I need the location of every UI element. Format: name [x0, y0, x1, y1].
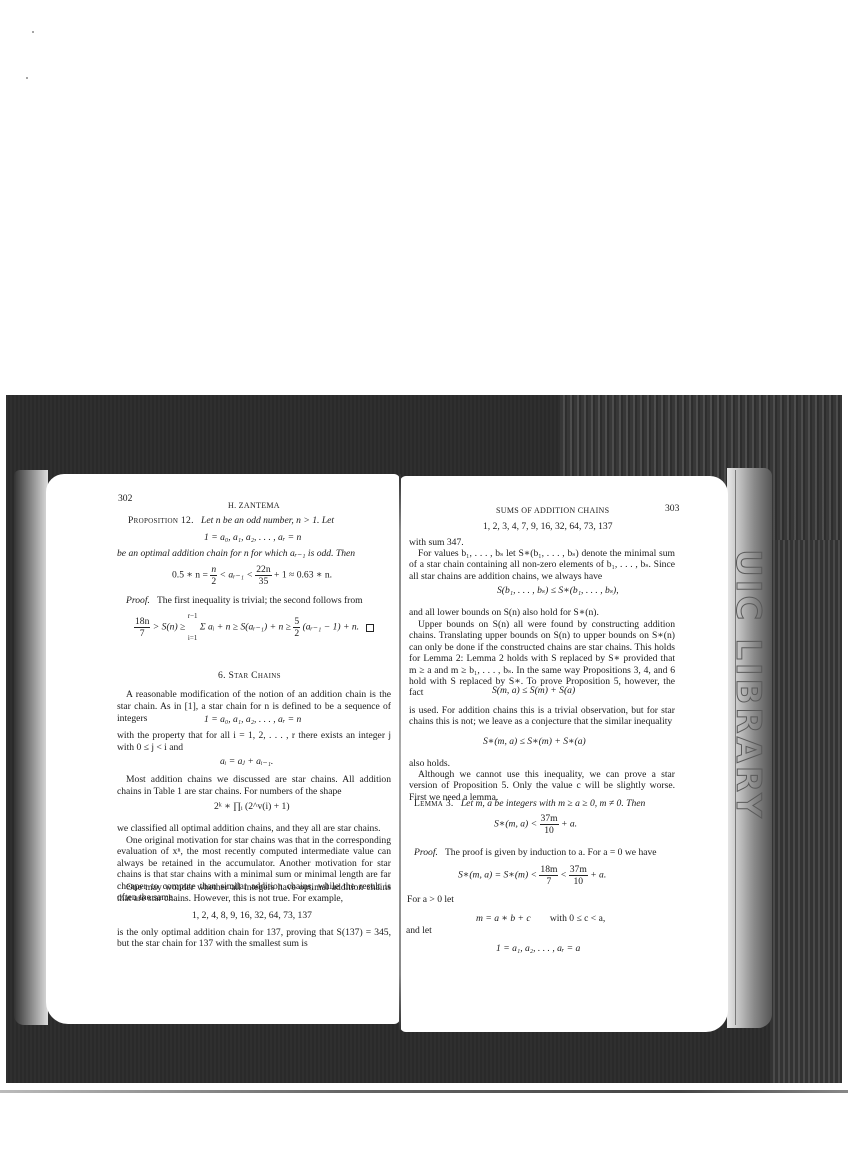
eq-part: + a.: [590, 870, 606, 881]
book-gutter: [399, 474, 401, 1030]
proposition-continuation: be an optimal addition chain for n for w…: [117, 548, 355, 560]
eq-part: 0.5 ∗ n =: [172, 570, 208, 581]
sum-limits: r−1·i=1: [188, 611, 198, 644]
paragraph: with the property that for all i = 1, 2,…: [117, 730, 391, 754]
lemma-label: Lemma 3.: [414, 798, 454, 809]
running-head: SUMS OF ADDITION CHAINS: [496, 505, 609, 517]
equation-chain: 1 = a₀, a₁, a₂, . . . , aᵣ = n: [204, 532, 301, 544]
inequality: S∗(m, a) ≤ S∗(m) + S∗(a): [483, 736, 586, 748]
book-edge-ridges: [770, 540, 842, 1083]
lemma-statement: Let m, a be integers with m ≥ a ≥ 0, m ≠…: [461, 798, 645, 809]
fraction: 18m7: [539, 864, 558, 887]
equation-chain: 1 = a₁, a₂, . . . , aᵣ = a: [496, 943, 580, 955]
left-page-edges: [14, 470, 48, 1025]
frac-den: 7: [539, 876, 558, 887]
paragraph: One may wonder whether all integers have…: [117, 882, 391, 905]
running-head: H. ZANTEMA: [228, 500, 280, 512]
paragraph: For values b₁, . . . , bₛ let S∗(b₁, . .…: [409, 548, 675, 582]
lemma-equation: S∗(m, a) < 37m10 + a.: [494, 813, 577, 836]
paragraph: we classified all optimal addition chain…: [117, 823, 380, 835]
paragraph: For a > 0 let: [407, 894, 454, 906]
qed-symbol: [366, 624, 374, 632]
equation-star: aᵢ = aⱼ + aᵢ₋₁.: [220, 756, 273, 768]
inequality: S(m, a) ≤ S(m) + S(a): [492, 685, 575, 697]
eq-part: m = a ∗ b + c: [476, 913, 531, 924]
equation-chain: 1 = a₀, a₁, a₂, . . . , aᵣ = n: [204, 714, 301, 726]
proposition-12: Proposition 12. Let n be an odd number, …: [128, 515, 334, 527]
frac-den: 2: [293, 628, 300, 639]
paragraph: Most addition chains we discussed are st…: [117, 774, 391, 798]
proof-label: Proof.: [126, 595, 150, 606]
scan-speck: [32, 31, 34, 33]
eq-part: (aᵣ₋₁ − 1) + n.: [303, 622, 359, 633]
page-number: 302: [118, 493, 132, 505]
proof-text: The first inequality is trivial; the sec…: [157, 595, 363, 606]
proof-label: Proof.: [414, 847, 438, 858]
proof-text: The proof is given by induction to a. Fo…: [445, 847, 657, 858]
fraction: 37m10: [569, 864, 588, 887]
eq-part: + 1 ≈ 0.63 ∗ n.: [274, 570, 332, 581]
proof-line: Proof. The first inequality is trivial; …: [126, 595, 363, 607]
eq-part: Σ aᵢ + n ≥ S(aᵣ₋₁) + n ≥: [200, 622, 291, 633]
equation-m: m = a ∗ b + c with 0 ≤ c < a,: [476, 913, 605, 925]
eq-part: < aᵣ₋₁ <: [220, 570, 253, 581]
proof-equation: 18n7 > S(n) ≥ r−1·i=1 Σ aᵢ + n ≥ S(aᵣ₋₁)…: [134, 611, 374, 644]
scanner-edge: [0, 1090, 848, 1093]
frac-num: 5: [293, 616, 300, 628]
lemma-3: Lemma 3. Let m, a be integers with m ≥ a…: [414, 798, 645, 810]
equation-bounds: 0.5 ∗ n = n2 < aᵣ₋₁ < 22n35 + 1 ≈ 0.63 ∗…: [172, 564, 332, 587]
proposition-label: Proposition 12.: [128, 515, 194, 526]
sum-bottom: i=1: [188, 633, 198, 644]
paragraph: and let: [406, 925, 432, 937]
frac-den: 2: [210, 576, 217, 587]
eq-part: + a.: [561, 819, 577, 830]
frac-den: 35: [255, 576, 271, 587]
proposition-statement: Let n be an odd number, n > 1. Let: [201, 515, 334, 526]
frac-den: 10: [569, 876, 588, 887]
scan-speck: [26, 77, 28, 79]
fraction: 18n7: [134, 616, 150, 639]
eq-part: S∗(m, a) = S∗(m) <: [458, 870, 537, 881]
frac-num: n: [210, 564, 217, 576]
section-title: 6. Star Chains: [218, 670, 281, 682]
paragraph: and all lower bounds on S(n) also hold f…: [409, 607, 599, 619]
example-chain: 1, 2, 4, 8, 9, 16, 32, 64, 73, 137: [192, 910, 312, 922]
library-stamp: UIC LIBRARY: [728, 535, 768, 835]
paragraph: is the only optimal addition chain for 1…: [117, 927, 391, 950]
proof-equation: S∗(m, a) = S∗(m) < 18m7 < 37m10 + a.: [458, 864, 606, 887]
frac-num: 18m: [539, 864, 558, 876]
paragraph: is used. For addition chains this is a t…: [409, 705, 675, 728]
frac-den: 10: [540, 825, 559, 836]
fraction: 52: [293, 616, 300, 639]
inequality: S(b₁, . . . , bₛ) ≤ S∗(b₁, . . . , bₛ),: [497, 585, 619, 597]
fraction: n2: [210, 564, 217, 587]
eq-part: <: [561, 870, 566, 881]
frac-num: 37m: [540, 813, 559, 825]
shape-formula: 2ᵏ ∗ ∏ᵢ (2^v(i) + 1): [214, 801, 290, 813]
frac-num: 22n: [255, 564, 271, 576]
page-number: 303: [665, 503, 679, 515]
fraction: 37m10: [540, 813, 559, 836]
frac-num: 18n: [134, 616, 150, 628]
eq-part: > S(n) ≥: [153, 622, 186, 633]
eq-condition: with 0 ≤ c < a,: [550, 913, 605, 924]
eq-part: S∗(m, a) <: [494, 819, 537, 830]
library-stamp-text: UIC LIBRARY: [728, 549, 768, 821]
proof-line: Proof. The proof is given by induction t…: [414, 847, 657, 859]
frac-num: 37m: [569, 864, 588, 876]
sum-top: r−1: [188, 611, 198, 622]
fraction: 22n35: [255, 564, 271, 587]
star-chain: 1, 2, 3, 4, 7, 9, 16, 32, 64, 73, 137: [483, 521, 613, 533]
frac-den: 7: [134, 628, 150, 639]
